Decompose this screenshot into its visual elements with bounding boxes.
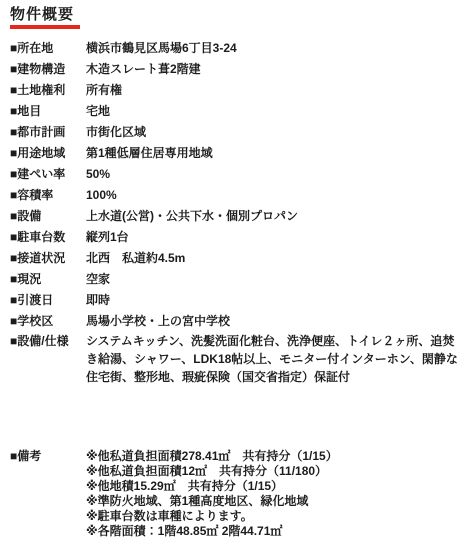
row-city-planning: ■都市計画 市街化区域	[10, 122, 451, 143]
property-rows: ■所在地 横浜市鶴見区馬場6丁目3-24 ■建物構造 木造スレート葺2階建 ■土…	[10, 38, 451, 539]
row-current-status: ■現況 空家	[10, 269, 451, 290]
row-label: ■接道状況	[10, 248, 86, 269]
row-value: 100%	[86, 185, 451, 206]
row-label: ■所在地	[10, 38, 86, 59]
row-label: ■学校区	[10, 311, 86, 332]
row-label: ■容積率	[10, 185, 86, 206]
row-value: ※他私道負担面積278.41㎡ 共有持分（1/15） ※他私道負担面積12㎡ 共…	[86, 449, 451, 539]
remarks-line: ※他地積15.29㎡ 共有持分（1/15）	[86, 479, 451, 494]
row-zoning: ■用途地域 第1種低層住居専用地域	[10, 143, 451, 164]
row-label: ■都市計画	[10, 122, 86, 143]
spec-line: 住宅街、整形地、瑕疵保険（国交省指定）保証付	[86, 368, 451, 386]
row-value: 市街化区域	[86, 122, 451, 143]
property-overview-document: 物件概要 ■所在地 横浜市鶴見区馬場6丁目3-24 ■建物構造 木造スレート葺2…	[0, 0, 461, 555]
row-label: ■用途地域	[10, 143, 86, 164]
row-building-structure: ■建物構造 木造スレート葺2階建	[10, 59, 451, 80]
row-value: 北西 私道約4.5m	[86, 248, 451, 269]
row-utilities: ■設備 上水道(公営)・公共下水・個別プロパン	[10, 206, 451, 227]
row-label: ■引渡日	[10, 290, 86, 311]
remarks-line: ※各階面積：1階48.85㎡ 2階44.71㎡	[86, 524, 451, 539]
row-value: 宅地	[86, 101, 451, 122]
row-label: ■備考	[10, 449, 86, 539]
row-value: 所有権	[86, 80, 451, 101]
row-label: ■建ぺい率	[10, 164, 86, 185]
row-floor-area-ratio: ■容積率 100%	[10, 185, 451, 206]
row-land-rights: ■土地権利 所有権	[10, 80, 451, 101]
row-value: 木造スレート葺2階建	[86, 59, 451, 80]
row-parking: ■駐車台数 縦列1台	[10, 227, 451, 248]
row-value: 横浜市鶴見区馬場6丁目3-24	[86, 38, 451, 59]
row-value: 馬場小学校・上の宮中学校	[86, 311, 451, 332]
row-label: ■現況	[10, 269, 86, 290]
remarks-line: ※他私道負担面積12㎡ 共有持分（11/180）	[86, 464, 451, 479]
row-building-coverage-ratio: ■建ぺい率 50%	[10, 164, 451, 185]
row-land-category: ■地目 宅地	[10, 101, 451, 122]
row-label: ■建物構造	[10, 59, 86, 80]
row-handover-date: ■引渡日 即時	[10, 290, 451, 311]
row-equipment-specs: ■設備/仕様 システムキッチン、洗髪洗面化粧台、洗浄便座、トイレ２ヶ所、追焚 き…	[10, 332, 451, 386]
row-school-district: ■学校区 馬場小学校・上の宮中学校	[10, 311, 451, 332]
row-value: 上水道(公営)・公共下水・個別プロパン	[86, 206, 451, 227]
row-label: ■土地権利	[10, 80, 86, 101]
remarks-line: ※他私道負担面積278.41㎡ 共有持分（1/15）	[86, 449, 451, 464]
row-label: ■駐車台数	[10, 227, 86, 248]
remarks-line: ※準防火地域、第1種高度地区、緑化地域	[86, 494, 451, 509]
row-value: 50%	[86, 164, 451, 185]
row-value: 第1種低層住居専用地域	[86, 143, 451, 164]
spec-line: システムキッチン、洗髪洗面化粧台、洗浄便座、トイレ２ヶ所、追焚	[86, 332, 451, 350]
row-value: 即時	[86, 290, 451, 311]
row-label: ■地目	[10, 101, 86, 122]
row-value: 空家	[86, 269, 451, 290]
row-road-access: ■接道状況 北西 私道約4.5m	[10, 248, 451, 269]
row-label: ■設備	[10, 206, 86, 227]
row-remarks: ■備考 ※他私道負担面積278.41㎡ 共有持分（1/15） ※他私道負担面積1…	[10, 449, 451, 539]
row-value: システムキッチン、洗髪洗面化粧台、洗浄便座、トイレ２ヶ所、追焚 き給湯、シャワー…	[86, 332, 451, 386]
row-location: ■所在地 横浜市鶴見区馬場6丁目3-24	[10, 38, 451, 59]
remarks-line: ※駐車台数は車種によります。	[86, 509, 451, 524]
row-label: ■設備/仕様	[10, 332, 86, 386]
spec-line: き給湯、シャワー、LDK18帖以上、モニター付インターホン、閑静な	[86, 350, 451, 368]
page-title: 物件概要	[10, 6, 80, 29]
row-value: 縦列1台	[86, 227, 451, 248]
